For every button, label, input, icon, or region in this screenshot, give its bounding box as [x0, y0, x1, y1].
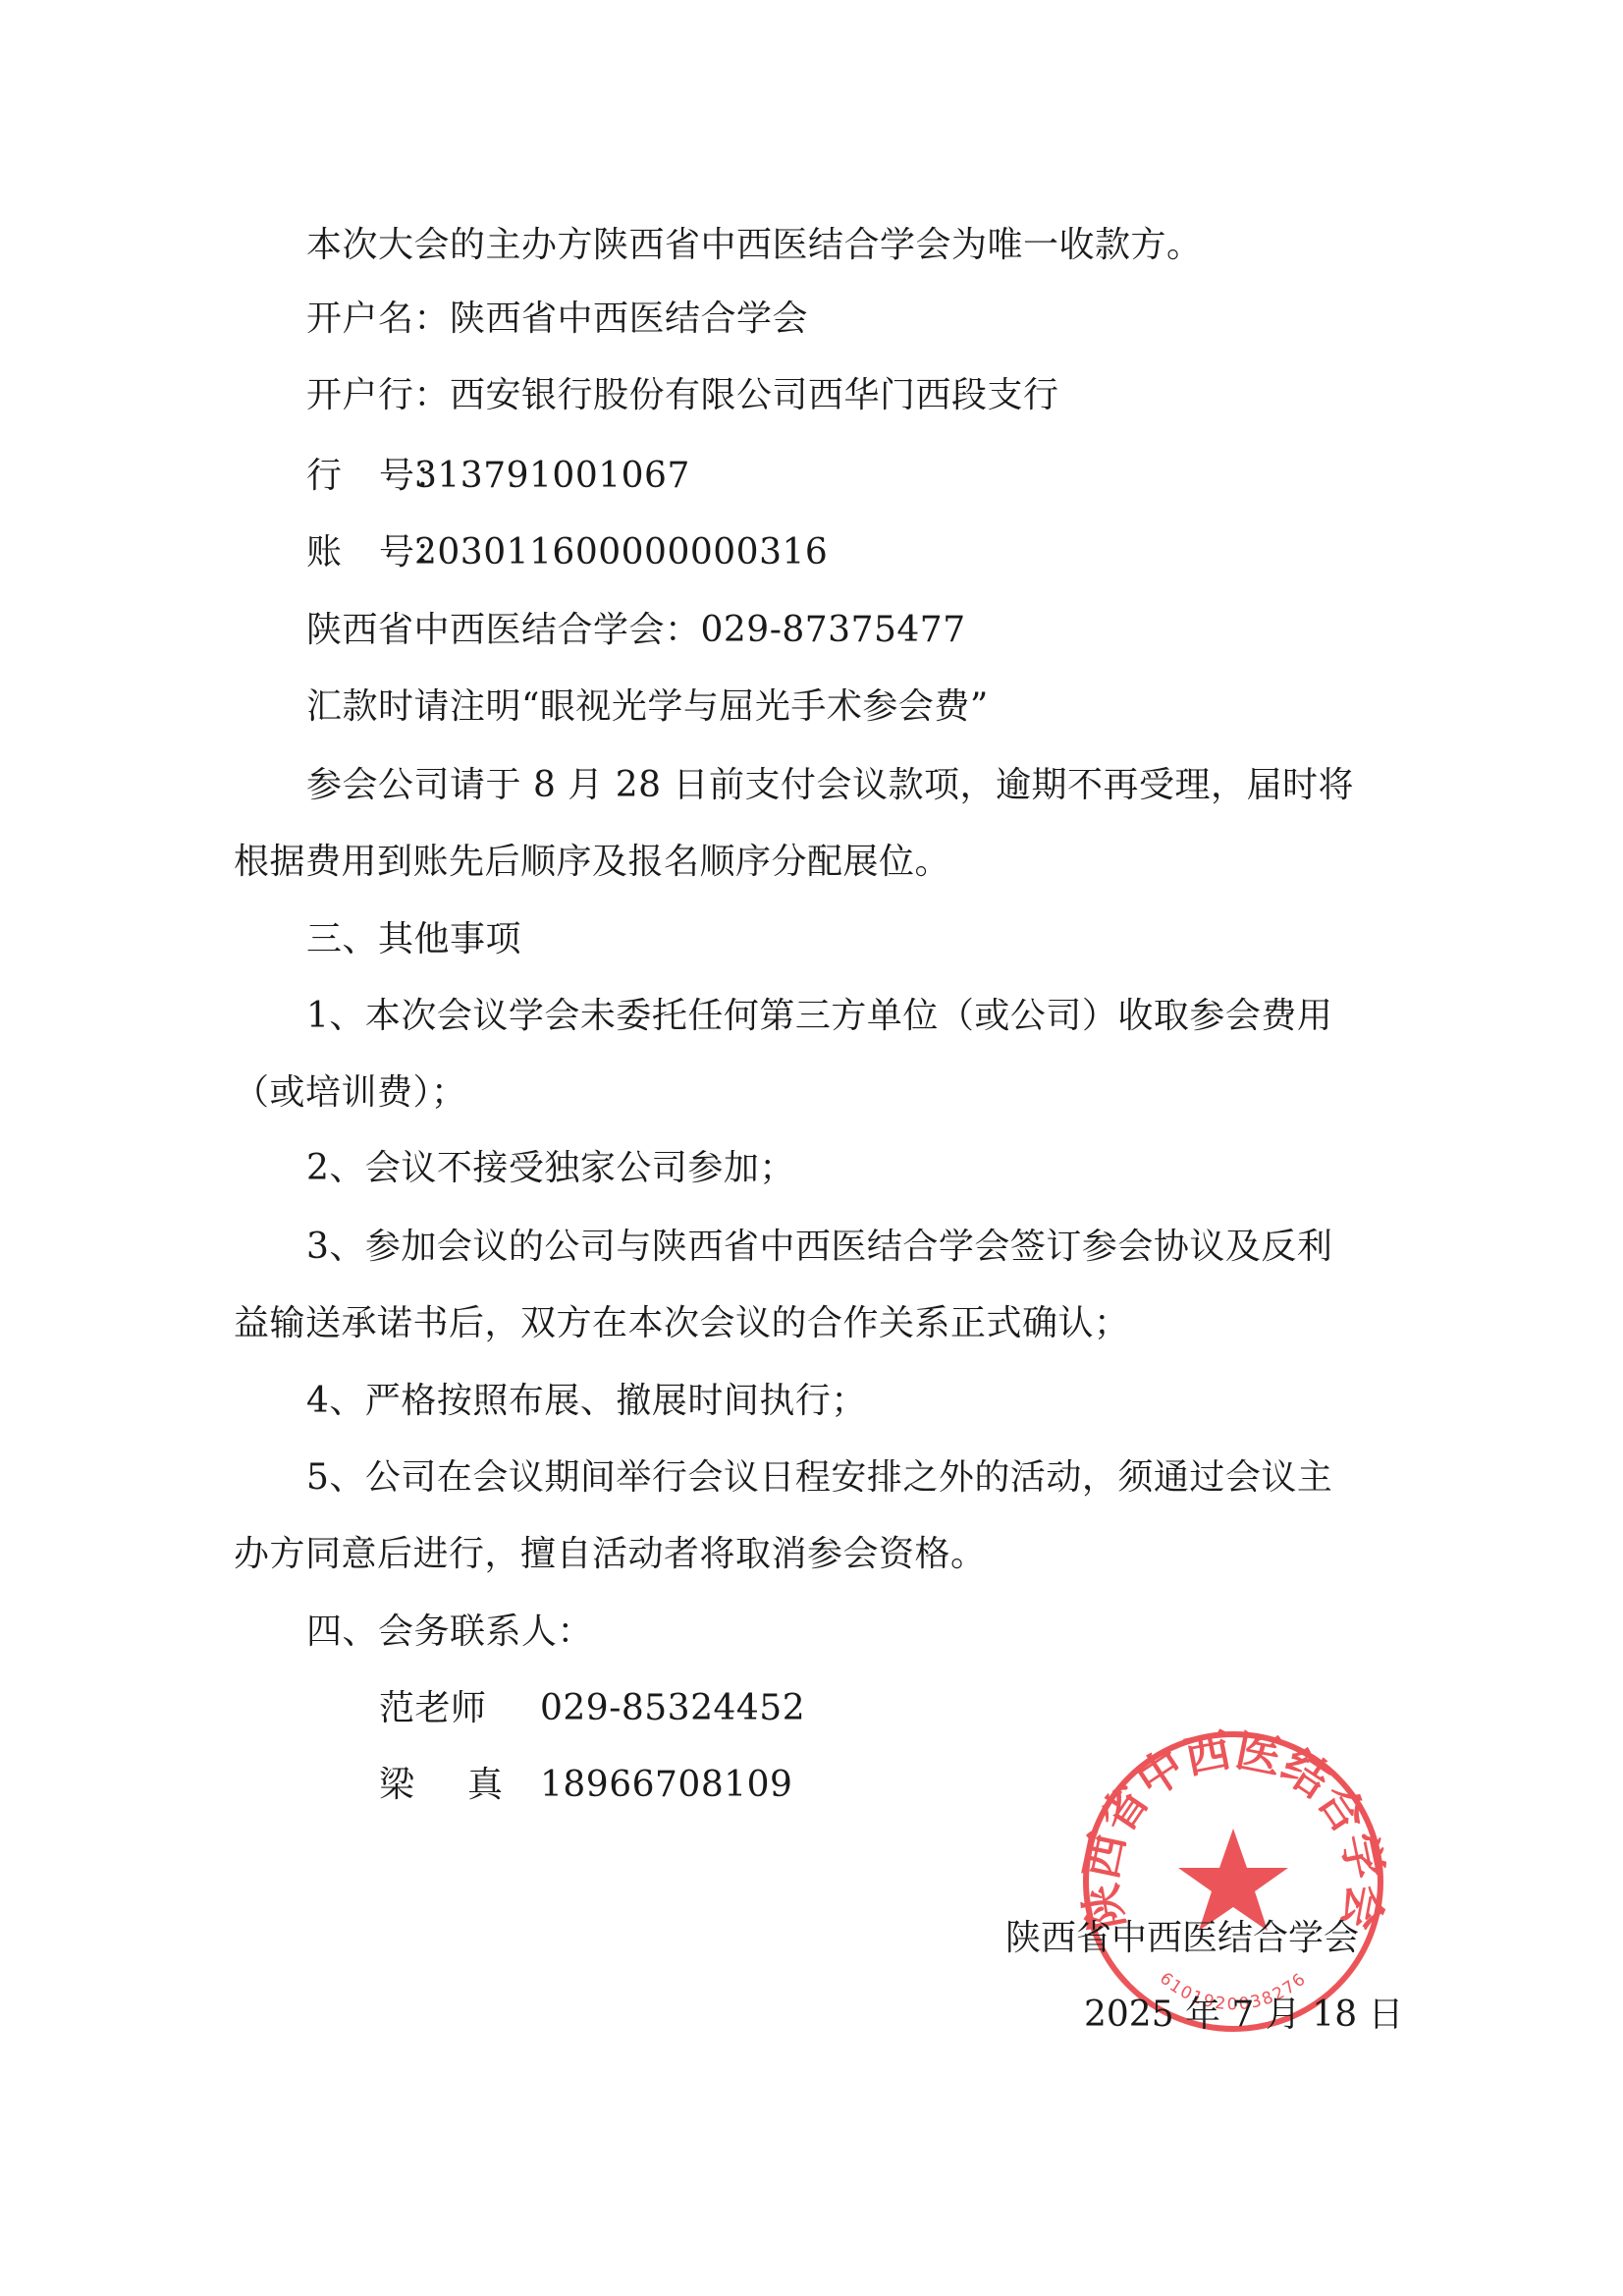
bank-code-line: 行号：313791001067 — [306, 455, 1455, 498]
contact-row: 范老师029-85324452 — [379, 1687, 1528, 1730]
payment-deadline-line1: 参会公司请于 8 月 28 日前支付会议款项，逾期不再受理，届时将 — [306, 764, 1455, 807]
signature-organization: 陕西省中西医结合学会 — [1005, 1917, 1359, 1960]
bank-code-label: 行号： — [306, 455, 414, 498]
account-number-label: 账号： — [306, 531, 414, 574]
contact-phone: 029-85324452 — [540, 1688, 805, 1728]
contact-phone: 18966708109 — [540, 1765, 792, 1805]
section3-item1-line1: 1、本次会议学会未委托任何第三方单位（或公司）收取参会费用 — [306, 995, 1455, 1038]
document-page: 本次大会的主办方陕西省中西医结合学会为唯一收款方。 开户名：陕西省中西医结合学会… — [0, 0, 1623, 2296]
section3-item2: 2、会议不接受独家公司参加； — [306, 1147, 1455, 1190]
sole-payee-statement: 本次大会的主办方陕西省中西医结合学会为唯一收款方。 — [306, 224, 1455, 267]
account-name: 开户名：陕西省中西医结合学会 — [306, 298, 1455, 341]
seal-star-icon — [1178, 1829, 1288, 1931]
account-number-line: 账号：203011600000000316 — [306, 531, 1455, 574]
section3-item5-line2: 办方同意后进行，擅自活动者将取消参会资格。 — [234, 1533, 1382, 1576]
official-seal-icon: 陕西省中西医结合学会 6101920038276 — [1080, 1728, 1386, 2035]
payment-deadline-line2: 根据费用到账先后顺序及报名顺序分配展位。 — [234, 841, 1382, 884]
contact-name: 梁真 — [379, 1764, 505, 1807]
contact-name: 范老师 — [379, 1687, 505, 1730]
bank-code-value: 313791001067 — [414, 456, 690, 496]
signature-date: 2025 年 7 月 18 日 — [1084, 1994, 1404, 2037]
section4-heading: 四、会务联系人： — [306, 1611, 1455, 1654]
section3-item3-line1: 3、参加会议的公司与陕西省中西医结合学会签订参会协议及反利 — [306, 1226, 1455, 1269]
section3-item3-line2: 益输送承诺书后，双方在本次会议的合作关系正式确认； — [234, 1302, 1382, 1345]
bank-name: 开户行：西安银行股份有限公司西华门西段支行 — [306, 374, 1455, 417]
section3-item4: 4、严格按照布展、撤展时间执行； — [306, 1380, 1455, 1423]
section3-item1-line2: （或培训费）； — [234, 1071, 1382, 1115]
section3-heading: 三、其他事项 — [306, 918, 1455, 961]
remittance-note: 汇款时请注明“眼视光学与屈光手术参会费” — [306, 685, 1455, 729]
section3-item5-line1: 5、公司在会议期间举行会议日程安排之外的活动，须通过会议主 — [306, 1456, 1455, 1500]
society-phone: 陕西省中西医结合学会：029-87375477 — [306, 609, 1455, 652]
account-number-value: 203011600000000316 — [414, 532, 828, 573]
